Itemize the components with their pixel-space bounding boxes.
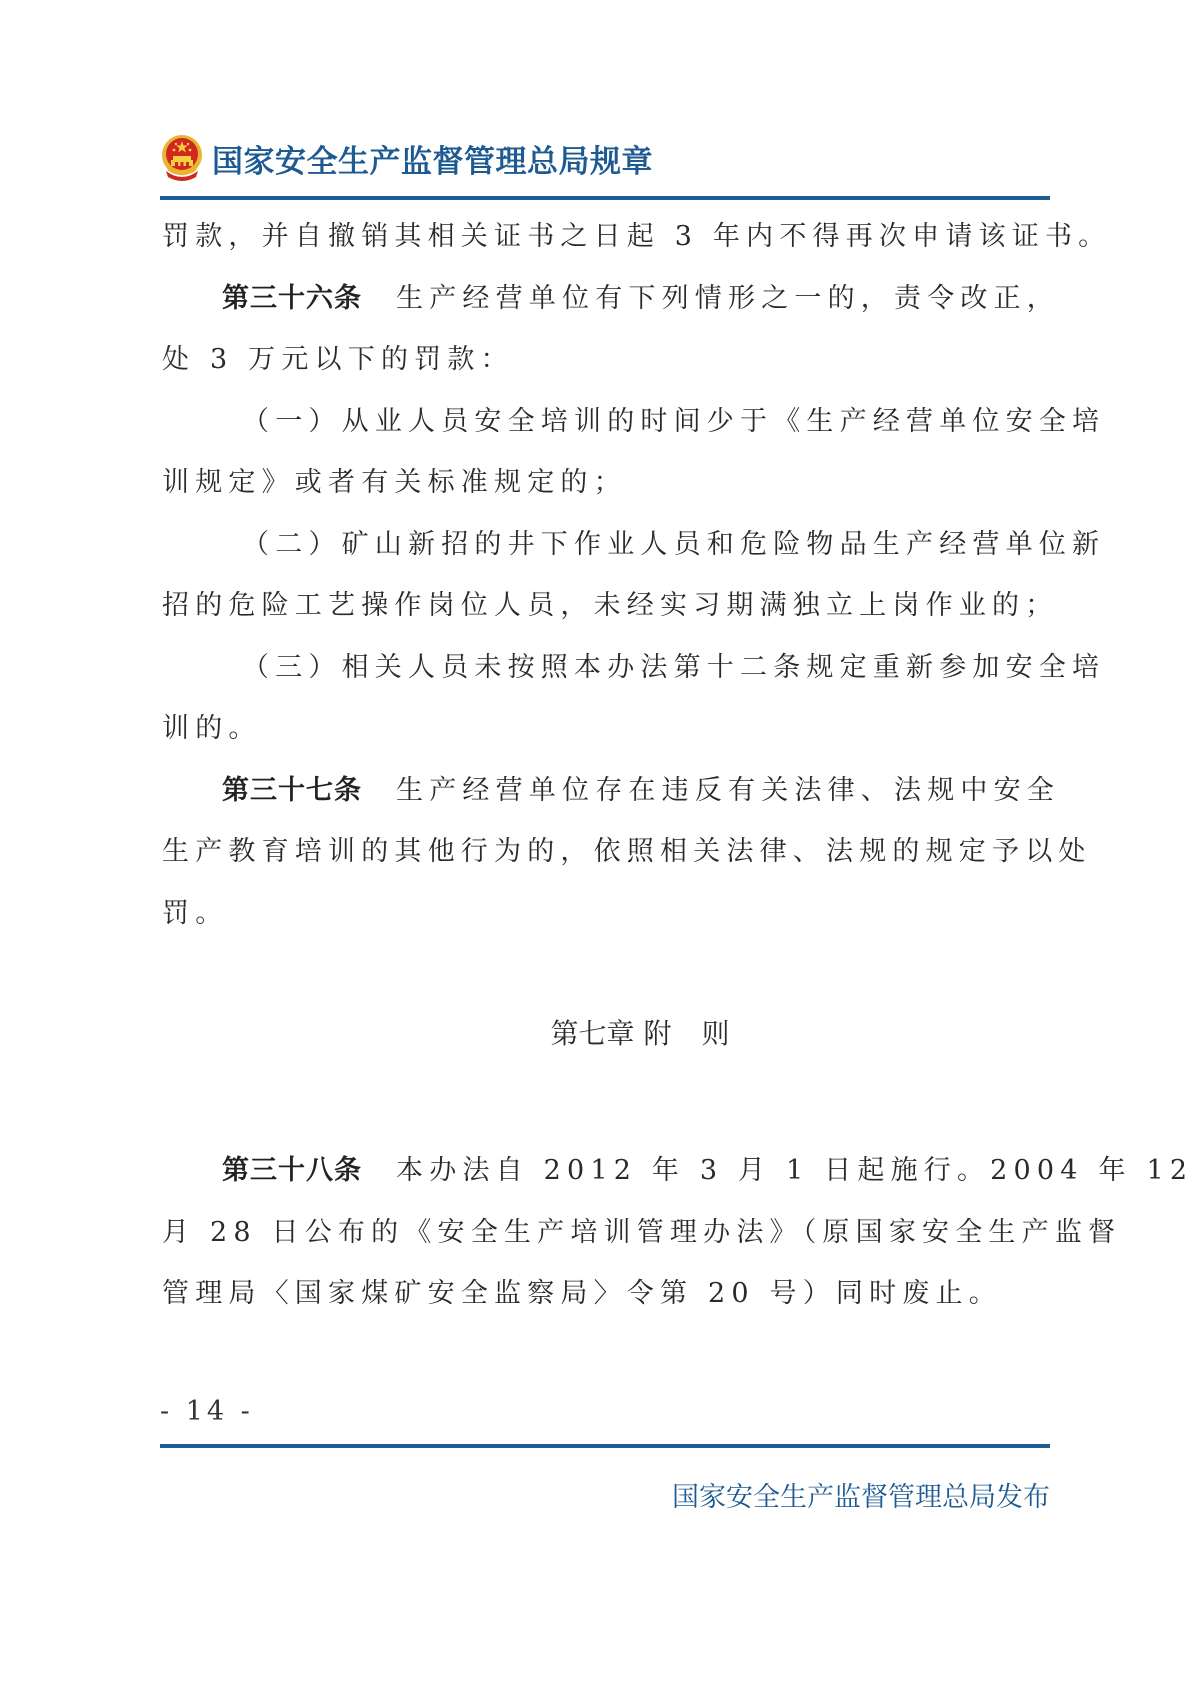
article-38-label: 第三十八条 bbox=[222, 1155, 362, 1186]
footer-divider bbox=[160, 1444, 1050, 1448]
article-36-line-1: 第三十六条生产经营单位有下列情形之一的，责令改正， bbox=[162, 268, 1048, 330]
chapter-title-part-2: 则 bbox=[701, 1017, 729, 1050]
article-36-item-1-line-2: 训规定》或者有关标准规定的； bbox=[162, 452, 1048, 514]
chapter-title-part-1: 附 bbox=[643, 1017, 671, 1050]
national-emblem-icon bbox=[160, 133, 204, 183]
header-title: 国家安全生产监督管理总局规章 bbox=[212, 136, 653, 181]
article-38-line-3: 管理局〈国家煤矿安全监察局〉令第 20 号）同时废止。 bbox=[162, 1263, 1048, 1325]
article-36-text-1: 生产经营单位有下列情形之一的，责令改正， bbox=[396, 283, 1060, 314]
article-37-line-2: 生产教育培训的其他行为的，依照相关法律、法规的规定予以处 bbox=[162, 821, 1048, 883]
article-36-line-2: 处 3 万元以下的罚款： bbox=[162, 329, 1048, 391]
chapter-heading: 第七章 附则 bbox=[0, 1012, 1190, 1052]
chapter-number: 第七章 bbox=[551, 1017, 635, 1050]
article-37-line-1: 第三十七条生产经营单位存在违反有关法律、法规中安全 bbox=[162, 760, 1048, 822]
page-number: - 14 - bbox=[160, 1396, 254, 1427]
article-37-text-1: 生产经营单位存在违反有关法律、法规中安全 bbox=[396, 775, 1060, 806]
article-38-text-1: 本办法自 2012 年 3 月 1 日起施行。2004 年 12 bbox=[396, 1155, 1190, 1186]
article-37-label: 第三十七条 bbox=[222, 775, 362, 806]
article-38: 第三十八条本办法自 2012 年 3 月 1 日起施行。2004 年 12 月 … bbox=[162, 1140, 1048, 1325]
continuation-line: 罚款，并自撤销其相关证书之日起 3 年内不得再次申请该证书。 bbox=[162, 206, 1048, 268]
article-36-label: 第三十六条 bbox=[222, 283, 362, 314]
document-body: 罚款，并自撤销其相关证书之日起 3 年内不得再次申请该证书。 第三十六条生产经营… bbox=[162, 206, 1048, 944]
article-38-line-1: 第三十八条本办法自 2012 年 3 月 1 日起施行。2004 年 12 bbox=[162, 1140, 1048, 1202]
page-header: 国家安全生产监督管理总局规章 bbox=[160, 128, 653, 188]
article-36-item-2-line-2: 招的危险工艺操作岗位人员，未经实习期满独立上岗作业的； bbox=[162, 575, 1048, 637]
article-38-line-2: 月 28 日公布的《安全生产培训管理办法》（原国家安全生产监督 bbox=[162, 1202, 1048, 1264]
article-36-item-3-line-2: 训的。 bbox=[162, 698, 1048, 760]
article-36-item-2-line-1: （二）矿山新招的井下作业人员和危险物品生产经营单位新 bbox=[162, 514, 1048, 576]
article-37-line-3: 罚。 bbox=[162, 883, 1048, 945]
header-divider bbox=[160, 196, 1050, 200]
footer-publisher: 国家安全生产监督管理总局发布 bbox=[672, 1475, 1050, 1514]
article-36-item-1-line-1: （一）从业人员安全培训的时间少于《生产经营单位安全培 bbox=[162, 391, 1048, 453]
article-36-item-3-line-1: （三）相关人员未按照本办法第十二条规定重新参加安全培 bbox=[162, 637, 1048, 699]
